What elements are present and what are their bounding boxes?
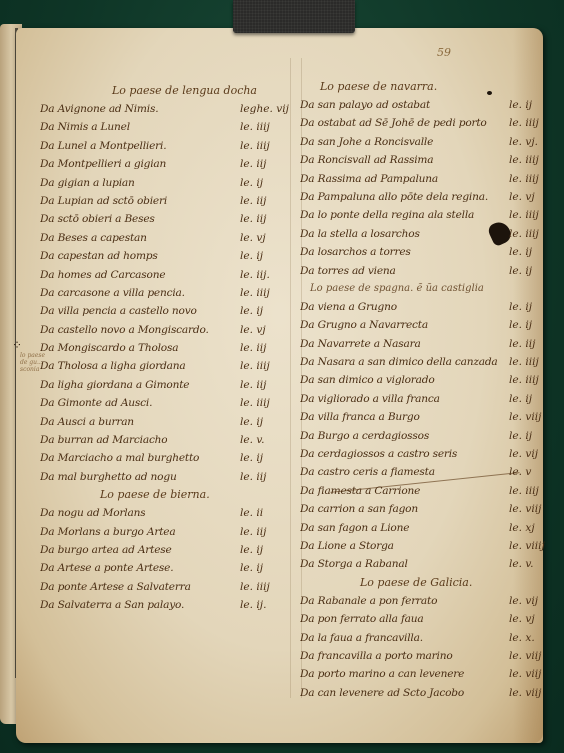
distance-leagues: le. vj: [505, 188, 555, 206]
itinerary-entry: Da Marciacho a mal burghettole. ij: [40, 449, 292, 467]
distance-leagues: le. viiij: [505, 537, 555, 555]
route-text: Da Artese a ponte Artese.: [40, 559, 173, 577]
route-text: Da Salvaterra a San palayo.: [40, 596, 184, 614]
route-text: Da burran ad Marciacho: [40, 431, 167, 449]
route-text: Da la stella a losarchos: [300, 225, 420, 243]
itinerary-entry: Da homes ad Carcasonele. iij.: [40, 266, 292, 284]
route-text: Da Grugno a Navarrecta: [300, 316, 428, 334]
route-text: Da francavilla a porto marino: [300, 647, 453, 665]
route-text: Da Navarrete a Nasara: [300, 335, 421, 353]
itinerary-entry: Da Montpellieri a gigianle. iij: [40, 155, 292, 173]
route-text: Da Roncisvall ad Rassima: [300, 151, 433, 169]
itinerary-entry: Da Lione a Storgale. viiij: [300, 537, 555, 555]
itinerary-entry: Da la stella a losarchosle. iiij: [300, 225, 555, 243]
section-heading: Lo paese de Galicia.: [300, 574, 555, 592]
distance-leagues: le. ij: [505, 96, 555, 114]
distance-leagues: le. vj.: [505, 133, 555, 151]
distance-leagues: le. iiij: [505, 151, 555, 169]
route-text: Da Pampaluna allo pōte dela regina.: [300, 188, 488, 206]
itinerary-entry: Da castello novo a Mongiscardo.le. vj: [40, 321, 292, 339]
itinerary-entry: Da cerdagiossos a castro serisle. vij: [300, 445, 555, 463]
route-text: Da viena a Grugno: [300, 298, 397, 316]
route-text: Da fiamesta a Carrione: [300, 482, 420, 500]
itinerary-entry: Da sctō obieri a Besesle. iij: [40, 210, 292, 228]
distance-leagues: le. iij: [236, 192, 292, 210]
distance-leagues: le. viij: [505, 665, 555, 683]
route-text: Da capestan ad homps: [40, 247, 158, 265]
itinerary-entry: Da Lupian ad sctō obierile. iij: [40, 192, 292, 210]
itinerary-entry: Da vigliorado a villa francale. ij: [300, 390, 555, 408]
distance-leagues: le. v.: [505, 555, 555, 573]
route-text: Da Lunel a Montpellieri.: [40, 137, 166, 155]
route-text: Da ponte Artese a Salvaterra: [40, 578, 191, 596]
distance-leagues: le. ij: [505, 298, 555, 316]
itinerary-entry: Da Burgo a cerdagiossosle. ij: [300, 427, 555, 445]
route-text: Da Burgo a cerdagiossos: [300, 427, 429, 445]
route-text: Da carrion a san fagon: [300, 500, 418, 518]
distance-leagues: le. vj: [236, 229, 292, 247]
distance-leagues: le. ij: [236, 247, 292, 265]
distance-leagues: le. vj: [236, 321, 292, 339]
route-text: Da pon ferrato alla faua: [300, 610, 424, 628]
itinerary-entry: Da san palayo ad ostabatle. ij: [300, 96, 555, 114]
distance-leagues: le. ij: [505, 243, 555, 261]
route-text: Da nogu ad Morlans: [40, 504, 145, 522]
itinerary-entry: Da lo ponte della regina ala stellale. i…: [300, 206, 555, 224]
route-text: Da mal burghetto ad nogu: [40, 468, 177, 486]
distance-leagues: le. ij: [236, 559, 292, 577]
route-text: Da Marciacho a mal burghetto: [40, 449, 199, 467]
distance-leagues: le. ij: [505, 390, 555, 408]
distance-leagues: le. xj: [505, 519, 555, 537]
itinerary-entry: Da Avignone ad Nimis.leghe. vij: [40, 100, 292, 118]
itinerary-entry: Da carcasone a villa pencia.le. iiij: [40, 284, 292, 302]
distance-leagues: le. ij: [505, 427, 555, 445]
itinerary-entry: Da Mongiscardo a Tholosale. iij: [40, 339, 292, 357]
itinerary-entry: Da fiamesta a Carrionele. iiij: [300, 482, 555, 500]
folio-number: 59: [437, 46, 451, 59]
itinerary-entry: Da Pampaluna allo pōte dela regina.le. v…: [300, 188, 555, 206]
itinerary-entry: Da Roncisvall ad Rassimale. iiij: [300, 151, 555, 169]
route-text: Da can levenere ad Scto Jacobo: [300, 684, 464, 702]
itinerary-entry: Da Salvaterra a San palayo.le. ij.: [40, 596, 292, 614]
distance-leagues: le. iiij: [236, 118, 292, 136]
distance-leagues: le. iiij: [505, 353, 555, 371]
itinerary-entry: Da ostabat ad Sē Johē de pedi portole. i…: [300, 114, 555, 132]
itinerary-list: Da nogu ad Morlansle. iiDa Morlans a bur…: [40, 504, 292, 614]
itinerary-entry: Da villa pencia a castello novole. ij: [40, 302, 292, 320]
route-text: Da Mongiscardo a Tholosa: [40, 339, 178, 357]
itinerary-entry: Da Nasara a san dimico della canzadale. …: [300, 353, 555, 371]
itinerary-entry: Da mal burghetto ad nogule. iij: [40, 468, 292, 486]
distance-leagues: le. iiij: [505, 114, 555, 132]
margin-paragraph-mark: ⁘: [12, 338, 22, 352]
route-text: Da san fagon a Lione: [300, 519, 409, 537]
distance-leagues: le. ij: [236, 174, 292, 192]
route-text: Da Gimonte ad Ausci.: [40, 394, 152, 412]
itinerary-entry: Da Gimonte ad Ausci.le. iiij: [40, 394, 292, 412]
distance-leagues: le. viij: [505, 647, 555, 665]
distance-leagues: le. iij: [236, 468, 292, 486]
distance-leagues: le. iiij: [236, 284, 292, 302]
route-text: Da Rabanale a pon ferrato: [300, 592, 437, 610]
route-text: Da carcasone a villa pencia.: [40, 284, 185, 302]
itinerary-entry: Da losarchos a torresle. ij: [300, 243, 555, 261]
route-text: Da sctō obieri a Beses: [40, 210, 155, 228]
route-text: Da Beses a capestan: [40, 229, 147, 247]
distance-leagues: le. ij: [505, 316, 555, 334]
route-text: Da san palayo ad ostabat: [300, 96, 430, 114]
distance-leagues: le. ij: [236, 413, 292, 431]
distance-leagues: le. viij: [505, 500, 555, 518]
itinerary-entry: Da Rabanale a pon ferratole. vij: [300, 592, 555, 610]
distance-leagues: le. iij: [236, 210, 292, 228]
right-column: Lo paese de navarra. Da san palayo ad os…: [300, 78, 555, 702]
route-text: Da burgo artea ad Artese: [40, 541, 172, 559]
section-heading: Lo paese de spagna. ẽ ũa castiglia: [300, 280, 555, 298]
route-text: Da Ausci a burran: [40, 413, 134, 431]
distance-leagues: le. ij.: [236, 596, 292, 614]
itinerary-entry: Da villa franca a Burgole. viij: [300, 408, 555, 426]
itinerary-entry: Da porto marino a can levenerele. viij: [300, 665, 555, 683]
section-heading: Lo paese de lengua docha: [40, 82, 292, 100]
itinerary-entry: Da francavilla a porto marinole. viij: [300, 647, 555, 665]
itinerary-entry: Da pon ferrato alla fauale. vj: [300, 610, 555, 628]
route-text: Da villa franca a Burgo: [300, 408, 420, 426]
itinerary-entry: Da ponte Artese a Salvaterrale. iiij: [40, 578, 292, 596]
distance-leagues: le. iiij: [505, 225, 555, 243]
distance-leagues: le. iij: [236, 376, 292, 394]
route-text: Da Storga a Rabanal: [300, 555, 408, 573]
distance-leagues: le. iiij: [236, 357, 292, 375]
itinerary-entry: Da Beses a capestanle. vj: [40, 229, 292, 247]
distance-leagues: le. iij.: [236, 266, 292, 284]
left-column: Lo paese de lengua docha Da Avignone ad …: [40, 82, 292, 615]
itinerary-entry: Da Storga a Rabanalle. v.: [300, 555, 555, 573]
route-text: Da ostabat ad Sē Johē de pedi porto: [300, 114, 487, 132]
itinerary-entry: Da la faua a francavilla.le. x.: [300, 629, 555, 647]
itinerary-entry: Da burran ad Marciachole. v.: [40, 431, 292, 449]
itinerary-list: Da Avignone ad Nimis.leghe. vijDa Nimis …: [40, 100, 292, 486]
route-text: Da lo ponte della regina ala stella: [300, 206, 474, 224]
distance-leagues: le. vij: [505, 592, 555, 610]
route-text: Da la faua a francavilla.: [300, 629, 423, 647]
itinerary-entry: Da san Johe a Roncisvallele. vj.: [300, 133, 555, 151]
route-text: Da castro ceris a fiamesta: [300, 463, 435, 481]
route-text: Da san dimico a viglorado: [300, 371, 435, 389]
distance-leagues: le. iiij: [505, 170, 555, 188]
distance-leagues: le. iij: [505, 335, 555, 353]
distance-leagues: le. iij: [236, 523, 292, 541]
distance-leagues: le. vj: [505, 610, 555, 628]
distance-leagues: le. iiij: [236, 578, 292, 596]
itinerary-list: Da san palayo ad ostabatle. ijDa ostabat…: [300, 96, 555, 280]
foam-clamp: [233, 0, 355, 33]
route-text: Da Avignone ad Nimis.: [40, 100, 158, 118]
distance-leagues: le. v: [505, 463, 555, 481]
section-heading: Lo paese de bierna.: [40, 486, 292, 504]
distance-leagues: le. iiij: [505, 206, 555, 224]
distance-leagues: leghe. vij: [236, 100, 292, 118]
distance-leagues: le. iiij: [505, 371, 555, 389]
distance-leagues: le. iiij: [505, 482, 555, 500]
distance-leagues: le. iij: [236, 155, 292, 173]
route-text: Da Lione a Storga: [300, 537, 394, 555]
route-text: Da torres ad viena: [300, 262, 396, 280]
itinerary-entry: Da Tholosa a ligha giordanale. iiij: [40, 357, 292, 375]
itinerary-entry: Da burgo artea ad Artesele. ij: [40, 541, 292, 559]
itinerary-entry: Da ligha giordana a Gimontele. iij: [40, 376, 292, 394]
itinerary-list: Da Rabanale a pon ferratole. vijDa pon f…: [300, 592, 555, 702]
itinerary-entry: Da castro ceris a fiamestale. v: [300, 463, 555, 481]
distance-leagues: le. viij: [505, 684, 555, 702]
distance-leagues: le. ij: [505, 262, 555, 280]
route-text: Da san Johe a Roncisvalle: [300, 133, 433, 151]
itinerary-entry: Da carrion a san fagonle. viij: [300, 500, 555, 518]
itinerary-entry: Da Artese a ponte Artese.le. ij: [40, 559, 292, 577]
itinerary-entry: Da Navarrete a Nasarale. iij: [300, 335, 555, 353]
route-text: Da homes ad Carcasone: [40, 266, 165, 284]
itinerary-entry: Da Ausci a burranle. ij: [40, 413, 292, 431]
itinerary-list: Da viena a Grugnole. ijDa Grugno a Navar…: [300, 298, 555, 574]
distance-leagues: le. ii: [236, 504, 292, 522]
route-text: Da Tholosa a ligha giordana: [40, 357, 186, 375]
route-text: Da Montpellieri a gigian: [40, 155, 166, 173]
distance-leagues: le. iij: [236, 339, 292, 357]
route-text: Da losarchos a torres: [300, 243, 411, 261]
itinerary-entry: Da san fagon a Lionele. xj: [300, 519, 555, 537]
itinerary-entry: Da Rassima ad Pampalunale. iiij: [300, 170, 555, 188]
route-text: Da villa pencia a castello novo: [40, 302, 197, 320]
itinerary-entry: Da Nimis a Lunelle. iiij: [40, 118, 292, 136]
itinerary-entry: Da Morlans a burgo Arteale. iij: [40, 523, 292, 541]
distance-leagues: le. ij: [236, 449, 292, 467]
distance-leagues: le. x.: [505, 629, 555, 647]
distance-leagues: le. v.: [236, 431, 292, 449]
distance-leagues: le. viij: [505, 408, 555, 426]
route-text: Da Morlans a burgo Artea: [40, 523, 175, 541]
itinerary-entry: Da Lunel a Montpellieri.le. iiij: [40, 137, 292, 155]
route-text: Da Lupian ad sctō obieri: [40, 192, 167, 210]
itinerary-entry: Da san dimico a vigloradole. iiij: [300, 371, 555, 389]
route-text: Da porto marino a can levenere: [300, 665, 464, 683]
itinerary-entry: Da Grugno a Navarrectale. ij: [300, 316, 555, 334]
route-text: Da Nasara a san dimico della canzada: [300, 353, 498, 371]
route-text: Da Nimis a Lunel: [40, 118, 130, 136]
itinerary-entry: Da viena a Grugnole. ij: [300, 298, 555, 316]
itinerary-entry: Da capestan ad hompsle. ij: [40, 247, 292, 265]
itinerary-entry: Da nogu ad Morlansle. ii: [40, 504, 292, 522]
route-text: Da castello novo a Mongiscardo.: [40, 321, 209, 339]
distance-leagues: le. iiij: [236, 394, 292, 412]
distance-leagues: le. ij: [236, 541, 292, 559]
itinerary-entry: Da torres ad vienale. ij: [300, 262, 555, 280]
itinerary-entry: Da can levenere ad Scto Jacobole. viij: [300, 684, 555, 702]
route-text: Da vigliorado a villa franca: [300, 390, 440, 408]
route-text: Da cerdagiossos a castro seris: [300, 445, 457, 463]
route-text: Da Rassima ad Pampaluna: [300, 170, 438, 188]
section-heading: Lo paese de navarra.: [300, 78, 555, 96]
route-text: Da ligha giordana a Gimonte: [40, 376, 189, 394]
route-text: Da gigian a lupian: [40, 174, 135, 192]
distance-leagues: le. iiij: [236, 137, 292, 155]
distance-leagues: le. ij: [236, 302, 292, 320]
distance-leagues: le. vij: [505, 445, 555, 463]
itinerary-entry: Da gigian a lupianle. ij: [40, 174, 292, 192]
